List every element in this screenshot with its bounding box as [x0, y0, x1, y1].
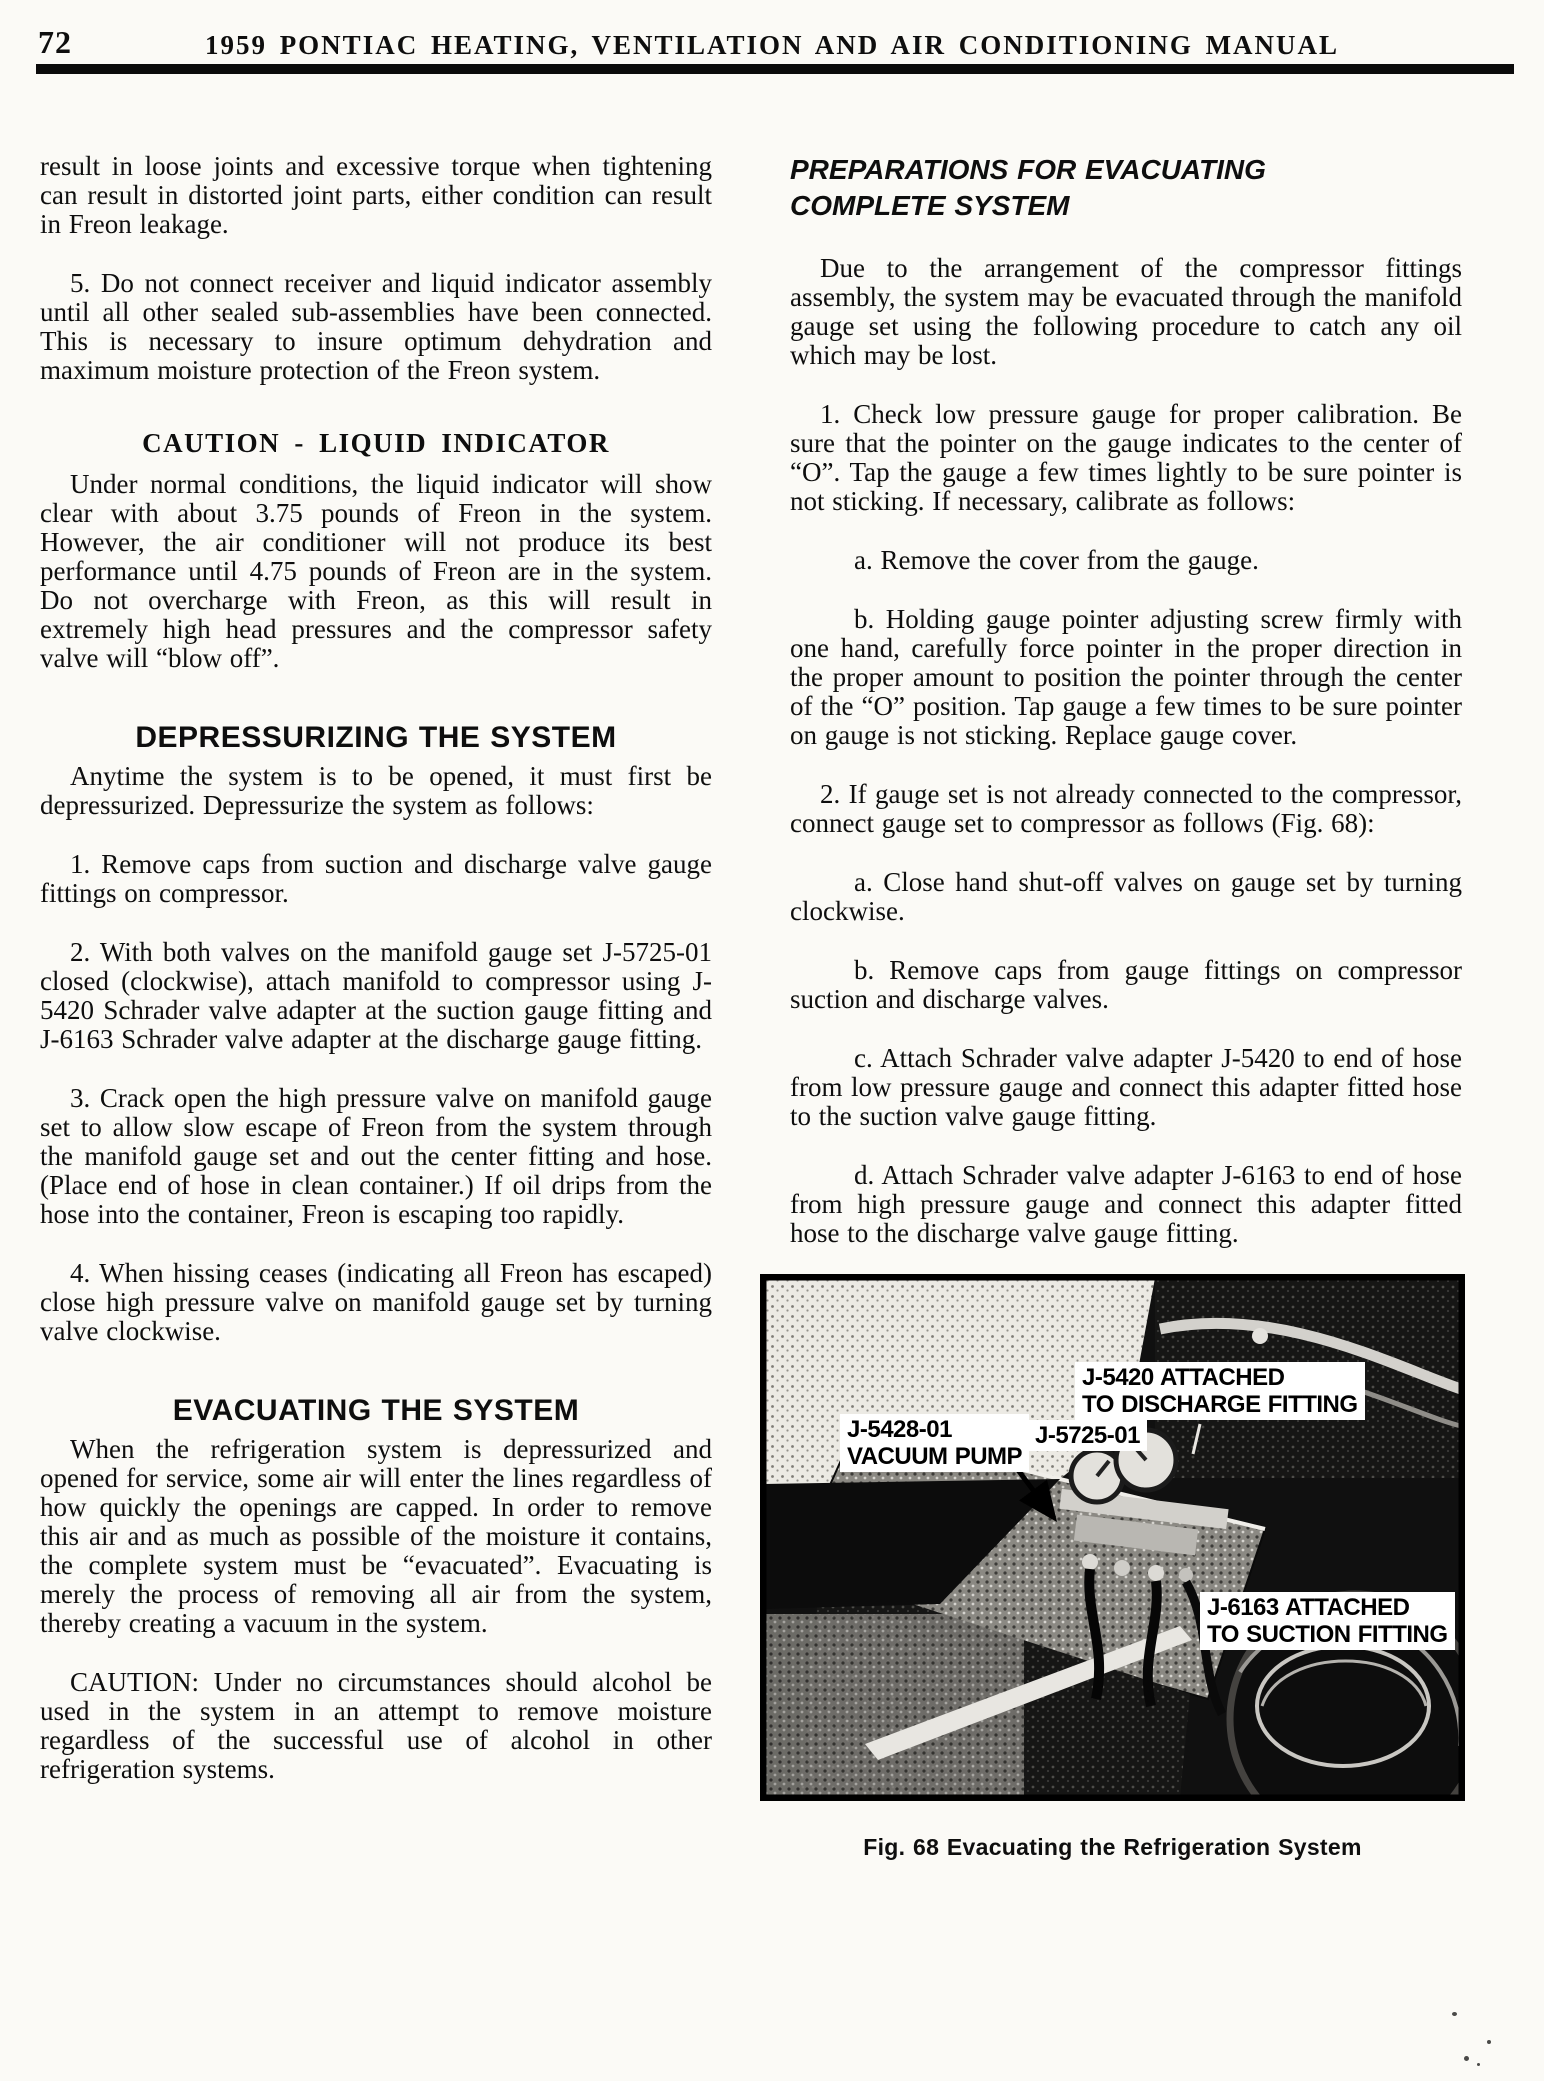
- figure-caption: Fig. 68 Evacuating the Refrigeration Sys…: [760, 1833, 1465, 1862]
- manual-page: 72 1959 PONTIAC HEATING, VENTILATION AND…: [0, 0, 1544, 2081]
- lettered-step: b. Remove caps from gauge fittings on co…: [790, 956, 1462, 1014]
- body-paragraph: Due to the arrangement of the compressor…: [790, 254, 1462, 370]
- section-heading-evacuating: EVACUATING THE SYSTEM: [40, 1396, 712, 1435]
- lettered-step: a. Remove the cover from the gauge.: [790, 546, 1462, 575]
- callout-line: J-5428-01: [847, 1416, 1022, 1443]
- scan-artifact: [1464, 2056, 1469, 2061]
- callout-line: VACUUM PUMP: [847, 1443, 1022, 1470]
- callout-line: TO DISCHARGE FITTING: [1082, 1391, 1358, 1418]
- lettered-step: c. Attach Schrader valve adapter J-5420 …: [790, 1044, 1462, 1131]
- manifold-fitting: [1179, 1568, 1193, 1582]
- manifold-fitting: [1114, 1560, 1130, 1576]
- manifold-fitting: [1082, 1554, 1098, 1570]
- lettered-step: a. Close hand shut-off valves on gauge s…: [790, 868, 1462, 926]
- right-column: PREPARATIONS FOR EVACUATING COMPLETE SYS…: [790, 152, 1462, 1862]
- numbered-step: 1. Check low pressure gauge for proper c…: [790, 400, 1462, 516]
- left-column: result in loose joints and excessive tor…: [40, 152, 712, 1784]
- numbered-step: 2. If gauge set is not already connected…: [790, 780, 1462, 838]
- scan-artifact: [1452, 2012, 1457, 2016]
- callout-line: J-5725-01: [1035, 1422, 1140, 1449]
- callout-line: J-5420 ATTACHED: [1082, 1364, 1358, 1391]
- header-rule: [36, 64, 1514, 74]
- body-paragraph: Under normal conditions, the liquid indi…: [40, 470, 712, 673]
- numbered-step: 3. Crack open the high pressure valve on…: [40, 1084, 712, 1229]
- numbered-step: 2. With both valves on the manifold gaug…: [40, 938, 712, 1054]
- callout-discharge-fitting: J-5420 ATTACHED TO DISCHARGE FITTING: [1075, 1362, 1365, 1420]
- lettered-step: d. Attach Schrader valve adapter J-6163 …: [790, 1161, 1462, 1248]
- caution-paragraph: CAUTION: Under no circumstances should a…: [40, 1668, 712, 1784]
- body-paragraph: 5. Do not connect receiver and liquid in…: [40, 269, 712, 385]
- section-heading-depressurizing: DEPRESSURIZING THE SYSTEM: [40, 723, 712, 762]
- body-paragraph: Anytime the system is to be opened, it m…: [40, 762, 712, 820]
- lettered-step: b. Holding gauge pointer adjusting screw…: [790, 605, 1462, 750]
- body-paragraph: When the refrigeration system is depress…: [40, 1435, 712, 1638]
- page-title: 1959 PONTIAC HEATING, VENTILATION AND AI…: [120, 30, 1424, 61]
- callout-suction-fitting: J-6163 ATTACHED TO SUCTION FITTING: [1200, 1592, 1455, 1650]
- body-paragraph: result in loose joints and excessive tor…: [40, 152, 712, 239]
- callout-line: J-6163 ATTACHED: [1207, 1594, 1448, 1621]
- page-number: 72: [38, 24, 72, 61]
- section-heading-caution-liquid-indicator: CAUTION - LIQUID INDICATOR: [40, 429, 712, 470]
- engine-compartment-photo: [760, 1274, 1465, 1801]
- numbered-step: 1. Remove caps from suction and discharg…: [40, 850, 712, 908]
- fitting-blob: [1252, 1328, 1268, 1344]
- manifold-fitting: [1148, 1565, 1164, 1581]
- callout-gauge-set: J-5725-01: [1028, 1420, 1147, 1451]
- heading-line: COMPLETE SYSTEM: [790, 188, 1462, 224]
- scan-artifact: [1487, 2040, 1491, 2044]
- heading-line: PREPARATIONS FOR EVACUATING: [790, 152, 1462, 188]
- callout-line: TO SUCTION FITTING: [1207, 1621, 1448, 1648]
- figure-68-photo: J-5420 ATTACHED TO DISCHARGE FITTING J-5…: [760, 1274, 1465, 1801]
- section-heading-preparations: PREPARATIONS FOR EVACUATING COMPLETE SYS…: [790, 152, 1462, 224]
- scan-artifact: [1477, 2063, 1480, 2066]
- callout-vacuum-pump: J-5428-01 VACUUM PUMP: [840, 1414, 1029, 1472]
- numbered-step: 4. When hissing ceases (indicating all F…: [40, 1259, 712, 1346]
